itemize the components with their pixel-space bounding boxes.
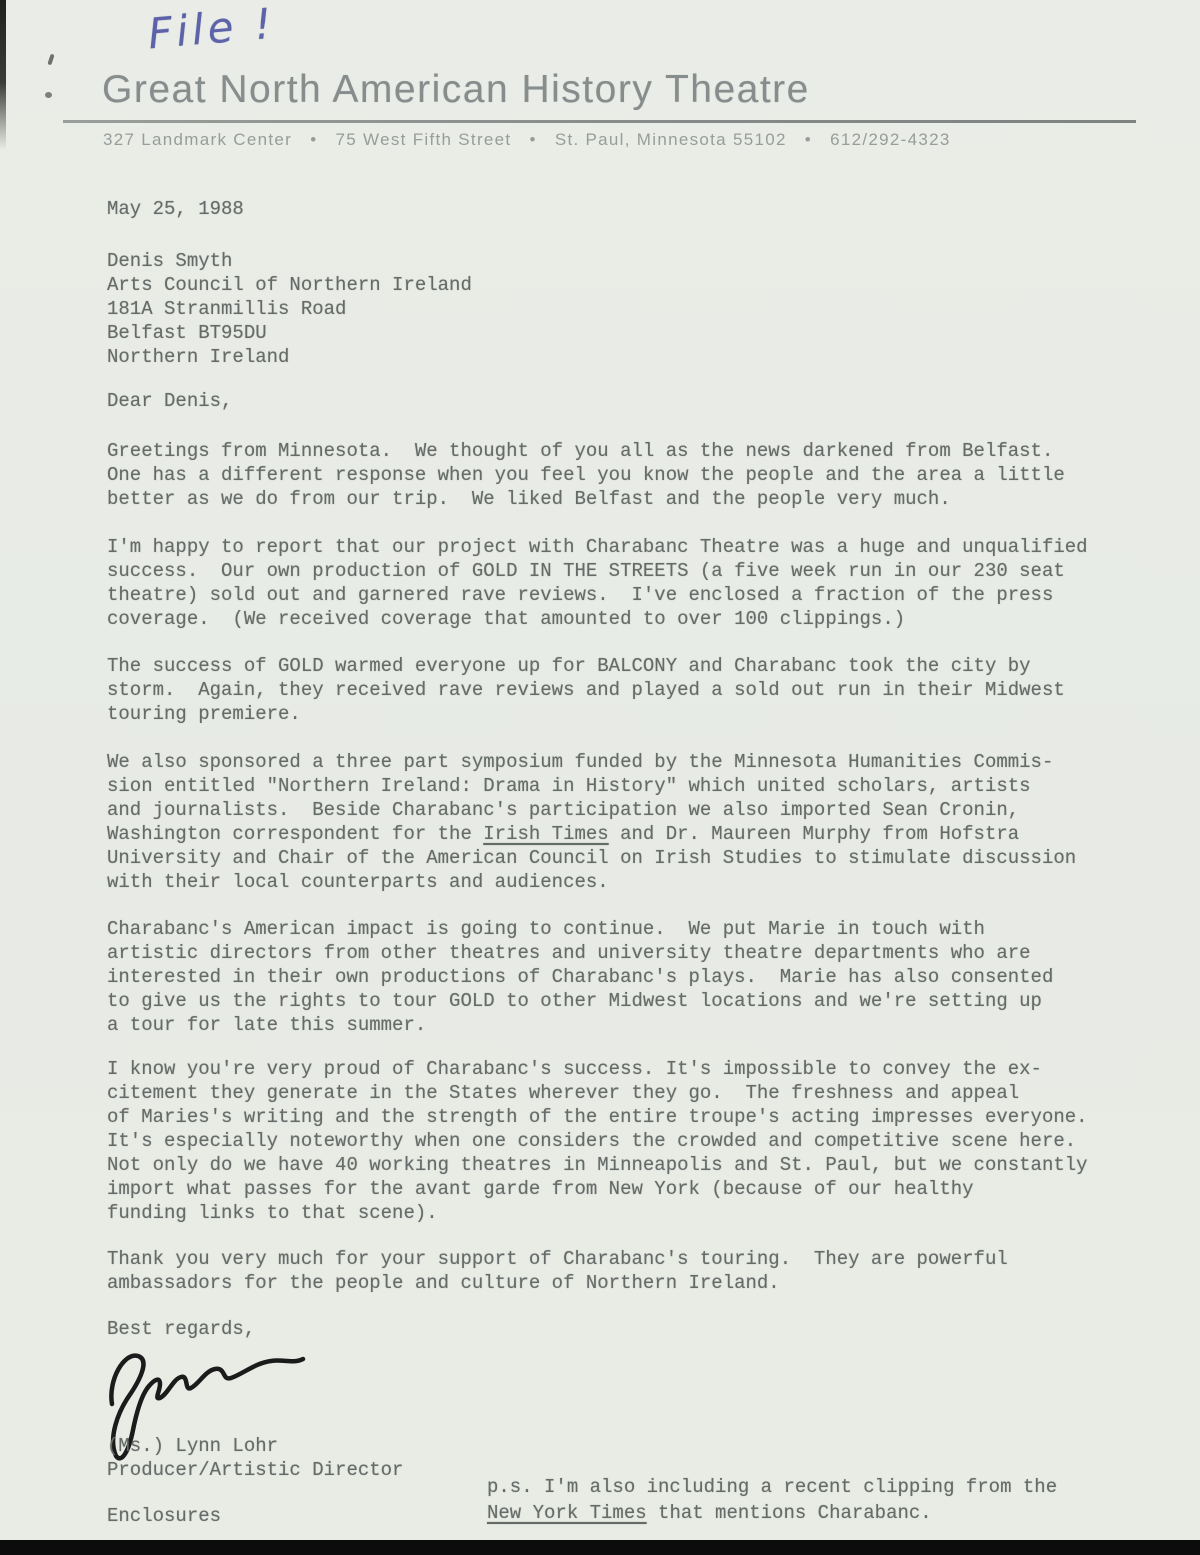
paragraph-balcony: The success of GOLD warmed everyone up f… [107, 654, 1065, 726]
signature-title: Producer/Artistic Director [107, 1458, 403, 1482]
new-york-times-underlined-text: New York Times [487, 1502, 647, 1524]
letterhead-address: 327 Landmark Center • 75 West Fifth Stre… [103, 130, 951, 150]
irish-times-underlined-text: Irish Times [483, 823, 608, 845]
postscript-post: that mentions Charabanc. [647, 1502, 932, 1524]
handwritten-file-note: File ! [146, 0, 277, 58]
paragraph-charabanc-success: I know you're very proud of Charabanc's … [107, 1057, 1088, 1225]
salutation: Dear Denis, [107, 389, 232, 413]
scan-speck-tick [47, 54, 54, 66]
letter-page: File ! Great North American History Thea… [0, 0, 1200, 1555]
letterhead-org-name: Great North American History Theatre [102, 68, 810, 112]
signature-printed-name: (Ms.) Lynn Lohr [107, 1434, 278, 1458]
paragraph-symposium: We also sponsored a three part symposium… [107, 750, 1076, 894]
paragraph-american-impact: Charabanc's American impact is going to … [107, 917, 1053, 1037]
paragraph-thank-you: Thank you very much for your support of … [107, 1247, 1008, 1295]
letter-date: May 25, 1988 [107, 197, 244, 221]
postscript: p.s. I'm also including a recent clippin… [487, 1474, 1057, 1526]
letterhead-rule [63, 120, 1136, 123]
paragraph-greetings: Greetings from Minnesota. We thought of … [107, 439, 1065, 511]
postscript-pre: p.s. I'm also including a recent clippin… [487, 1476, 1057, 1498]
enclosures-note: Enclosures [107, 1504, 221, 1528]
scan-speck-dot [45, 92, 52, 98]
scan-edge-artifact [0, 0, 6, 150]
recipient-address-block: Denis Smyth Arts Council of Northern Ire… [107, 249, 472, 369]
paragraph-gold-in-the-streets: I'm happy to report that our project wit… [107, 535, 1088, 631]
closing-salutation: Best regards, [107, 1317, 255, 1341]
scan-bottom-bar [0, 1540, 1200, 1555]
